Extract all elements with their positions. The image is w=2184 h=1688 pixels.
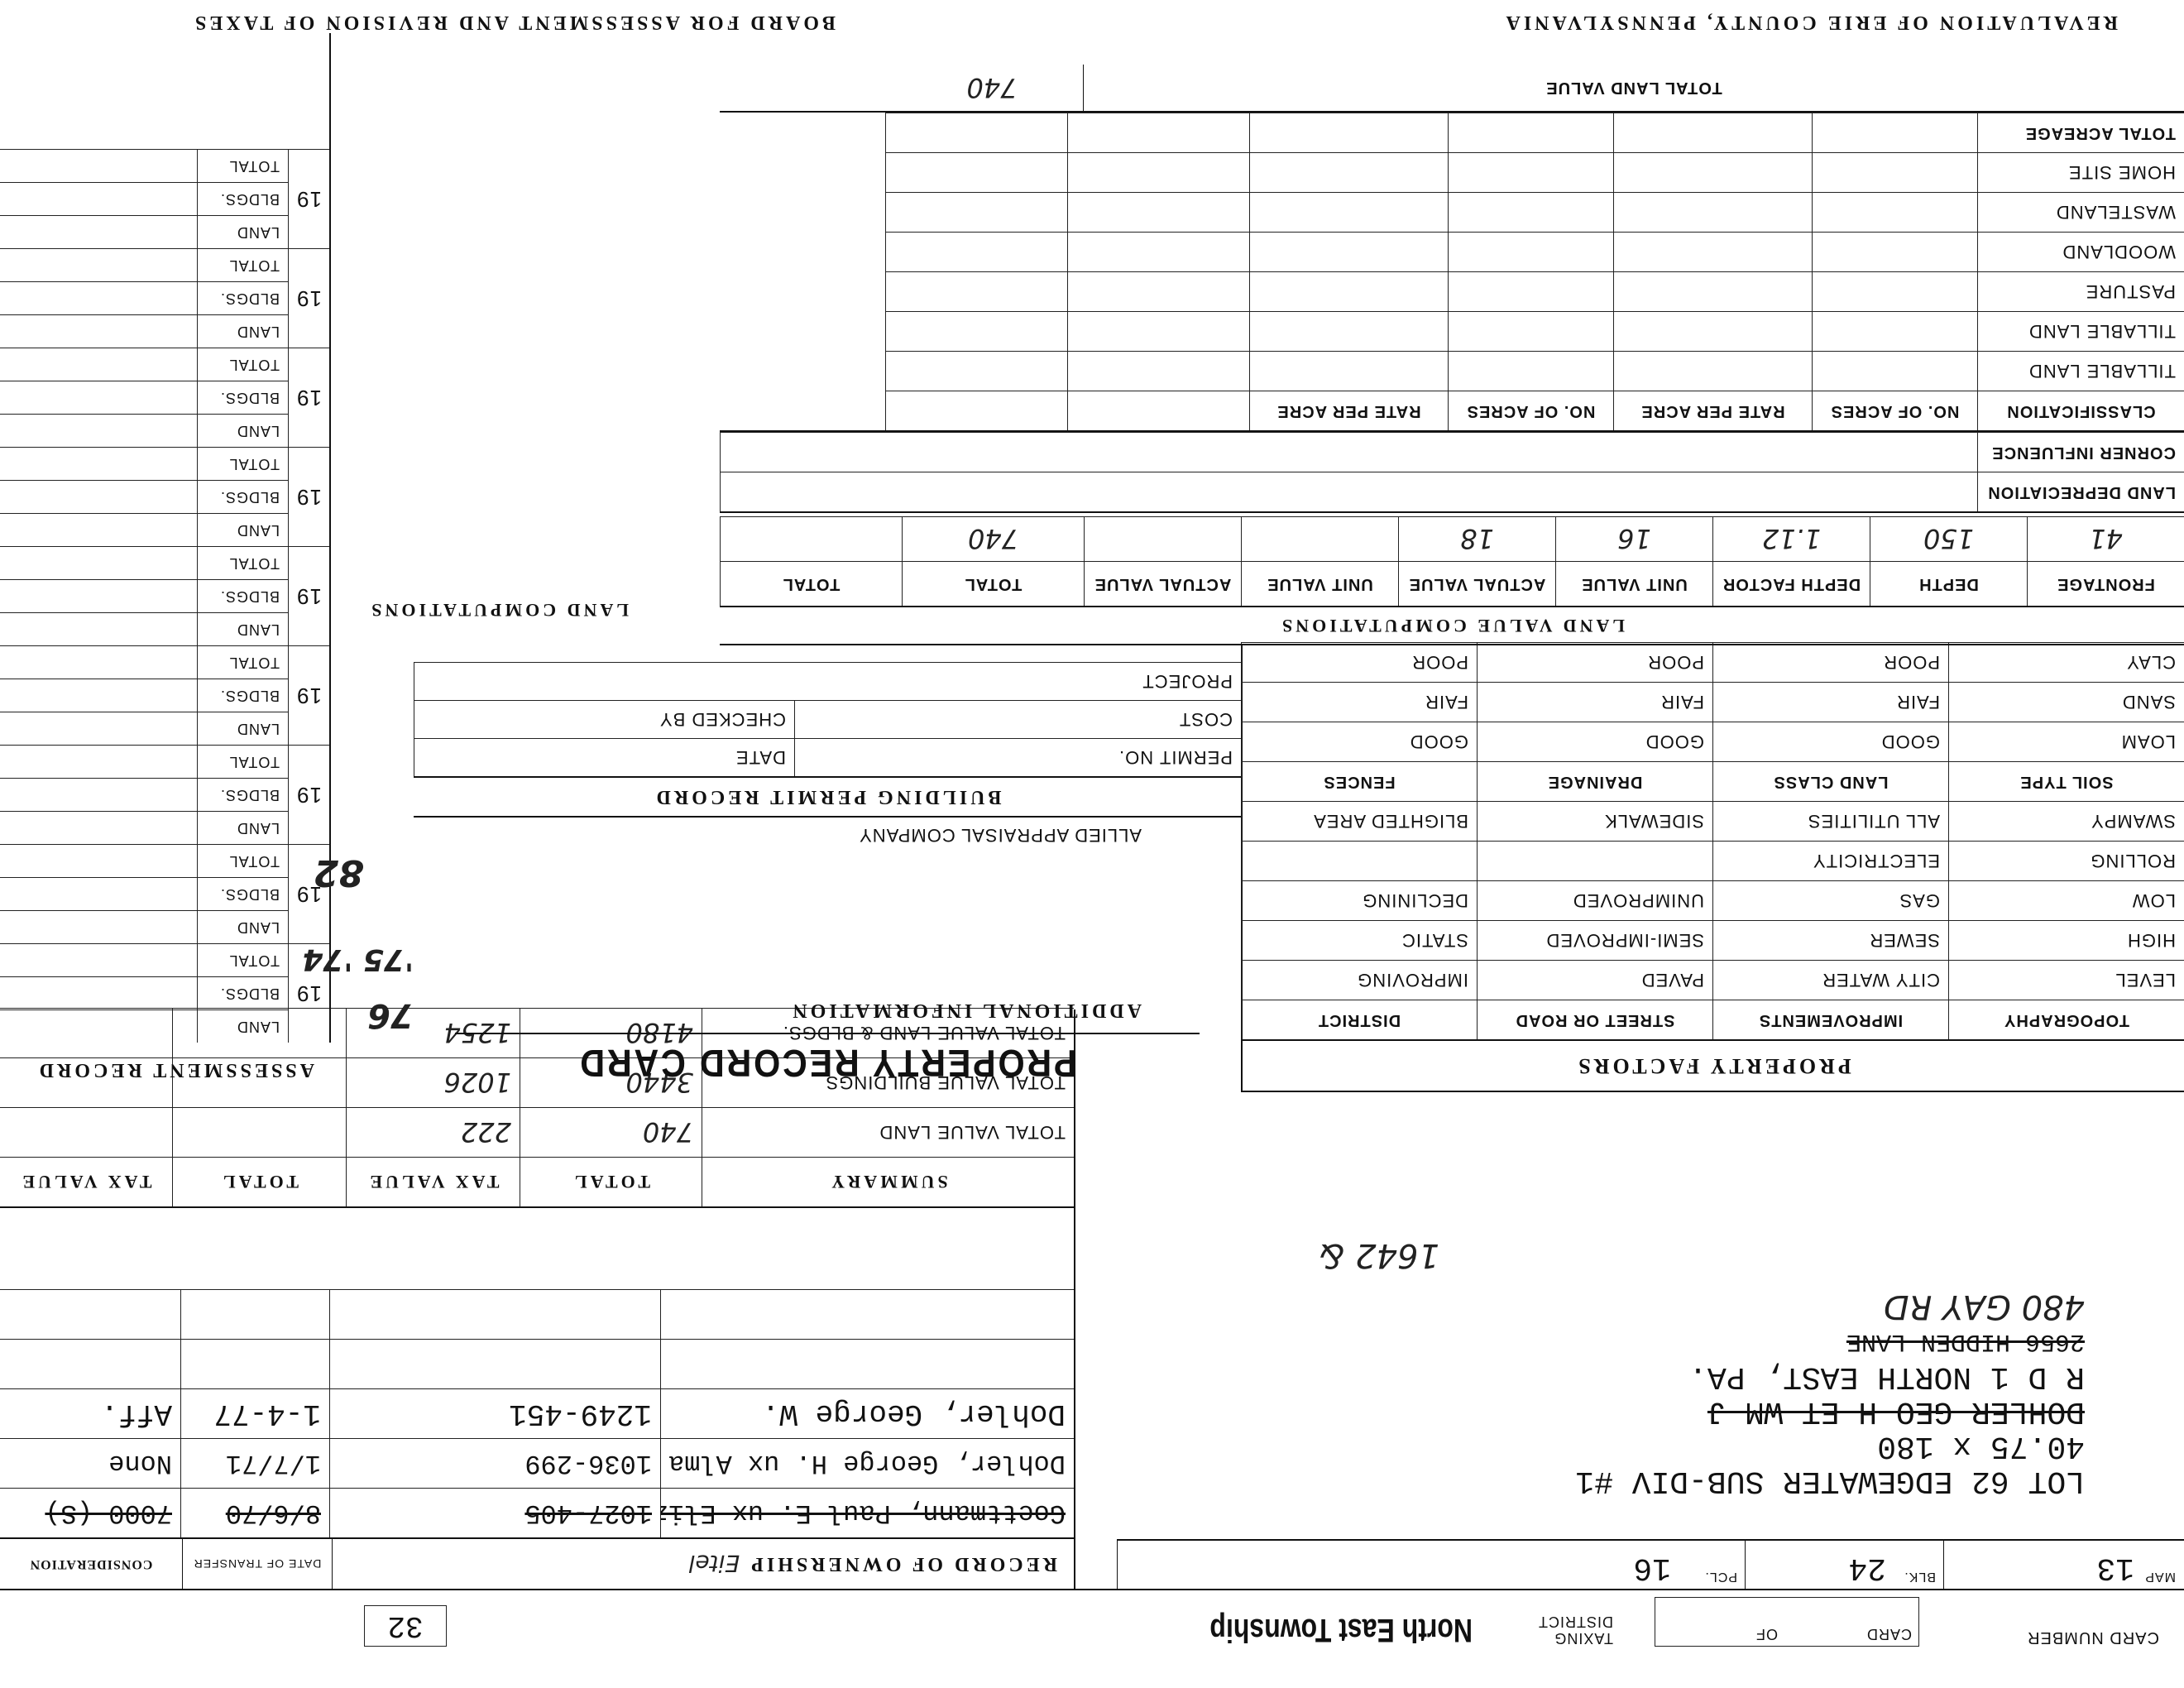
factor-option[interactable]: Unimproved: [1477, 880, 1712, 920]
owner-empty: [0, 1289, 180, 1339]
factor-option[interactable]: City Water: [1712, 960, 1948, 1000]
acre-cell[interactable]: [1613, 152, 1812, 192]
row-land: Land: [197, 811, 288, 844]
property-line-4: 2656 HIDDEN LANE: [1175, 1324, 2085, 1359]
acre-cell[interactable]: [1067, 192, 1249, 232]
factor-option[interactable]: [1477, 841, 1712, 880]
assessment-land-value[interactable]: [0, 314, 197, 348]
factor-option[interactable]: Sand: [1948, 682, 2184, 722]
acre-cell[interactable]: [885, 113, 1067, 152]
acre-cell[interactable]: [1613, 311, 1812, 351]
assessment-bldgs-value[interactable]: [0, 381, 197, 414]
consideration-header: Consideration: [0, 1539, 183, 1589]
factor-header: Topography: [1948, 1000, 2184, 1039]
factor-option[interactable]: Rolling: [1948, 841, 2184, 880]
row-land: Land: [197, 612, 288, 645]
corner-influence-label: Corner Influence: [1977, 432, 2184, 472]
land-computations-label: Land Computations: [368, 599, 629, 621]
factor-option[interactable]: Semi-Improved: [1477, 920, 1712, 960]
acre-cell[interactable]: [1448, 311, 1613, 351]
acre-row-label: Tillable Land: [1977, 351, 2184, 391]
ownership-table: Goettmann, Paul E. ux Elizabeth 1027-405…: [0, 1289, 1074, 1537]
row-bldgs: Bldgs.: [197, 182, 288, 215]
factor-option[interactable]: Clay: [1948, 642, 2184, 682]
total-land-value[interactable]: 740: [901, 65, 1084, 111]
assessment-total-value[interactable]: [0, 645, 197, 679]
property-description: LOT 62 EDGEWATER SUB-DIV #1 40.75 x 180 …: [1175, 1289, 2085, 1498]
property-line-0: LOT 62 EDGEWATER SUB-DIV #1: [1175, 1463, 2085, 1498]
acre-blank: [885, 391, 1067, 430]
acre-row-label: Wasteland: [1977, 192, 2184, 232]
owner-consideration: 7000 (S): [0, 1488, 180, 1537]
factor-header: Street or Road: [1477, 1000, 1712, 1039]
summary-tax-value2: [0, 1107, 172, 1157]
assessment-land-value[interactable]: [0, 215, 197, 248]
factor-option[interactable]: Good: [1712, 722, 1948, 761]
assessment-bldgs-value[interactable]: [0, 281, 197, 314]
factor-option[interactable]: Declining: [1241, 880, 1477, 920]
lvc-total[interactable]: 740: [902, 516, 1084, 561]
header-right-title: Board for Assessment and Revision of Tax…: [192, 11, 836, 33]
acre-cell[interactable]: [885, 192, 1067, 232]
owner-deed: 1249-451: [329, 1388, 660, 1438]
handwritten-note: 1642 &: [1319, 1236, 1439, 1274]
ownership-section: Record of Ownership Eitel Date of Transf…: [0, 1208, 1075, 1589]
summary-total2: [172, 1107, 346, 1157]
owner-empty: [660, 1339, 1074, 1388]
acre-cell[interactable]: [1448, 232, 1613, 271]
factor-option[interactable]: Good: [1241, 722, 1477, 761]
factor-option[interactable]: Fair: [1477, 682, 1712, 722]
summary-tax-value: 222: [346, 1107, 520, 1157]
assessment-total-value[interactable]: [0, 844, 197, 877]
owner-name: Goettmann, Paul E. ux Elizabeth: [660, 1488, 1074, 1537]
card-of-box[interactable]: Card of: [1655, 1597, 1919, 1647]
summary-header: Tax Value: [0, 1157, 172, 1206]
acre-cell[interactable]: [1067, 271, 1249, 311]
row-bldgs: Bldgs.: [197, 679, 288, 712]
row-bldgs: Bldgs.: [197, 579, 288, 612]
acre-cell[interactable]: [1812, 192, 1977, 232]
assessment-total-value[interactable]: [0, 745, 197, 778]
acre-cell[interactable]: [1249, 232, 1448, 271]
acre-cell[interactable]: [885, 152, 1067, 192]
row-bldgs: Bldgs.: [197, 480, 288, 513]
factor-option[interactable]: Improving: [1241, 960, 1477, 1000]
permit-no-field[interactable]: Permit No.: [794, 738, 1241, 776]
assessment-year-stamp: 76: [367, 996, 414, 1034]
map-blk-pcl: Map 13 Blk. 24 Pcl. 16: [1117, 1539, 2184, 1589]
row-land: Land: [197, 414, 288, 447]
row-bldgs: Bldgs.: [197, 281, 288, 314]
assessment-bldgs-value[interactable]: [0, 976, 197, 1009]
map-label: Map: [2144, 1569, 2176, 1584]
assessment-land-value[interactable]: [0, 414, 197, 447]
owner-name: Dohler, George H. ux Alma M.: [660, 1438, 1074, 1488]
property-factors-title: Property Factors: [1243, 1039, 2184, 1091]
acre-header: Rate per Acre: [1613, 391, 1812, 430]
card-title: Property Record Card: [455, 1033, 1200, 1092]
row-bldgs: Bldgs.: [197, 381, 288, 414]
property-record-card: Revaluation of Erie County, Pennsylvania…: [0, 0, 2184, 1688]
id-strip: Card Number Card of Taxing District Nort…: [0, 1589, 2184, 1655]
owner-empty: [329, 1339, 660, 1388]
row-total: Total: [197, 248, 288, 281]
year-prefix: 19: [288, 348, 329, 447]
lvc-header: Depth: [1870, 561, 2027, 606]
factor-header: Soil Type: [1948, 761, 2184, 801]
acre-cell[interactable]: [1812, 152, 1977, 192]
assessment-title: Assessment Record: [0, 1047, 331, 1092]
row-total: Total: [197, 943, 288, 976]
assessment-year-stamp-3: 82: [314, 851, 364, 894]
factor-option[interactable]: Poor: [1712, 642, 1948, 682]
owner-consideration: None: [0, 1438, 180, 1488]
owner-empty: [660, 1289, 1074, 1339]
assessment-bldgs-value[interactable]: [0, 679, 197, 712]
summary-label: Total Value Land: [702, 1107, 1074, 1157]
pcl-value: 16: [1633, 1550, 1671, 1585]
owner-empty: [180, 1289, 329, 1339]
assessment-land-value[interactable]: [0, 612, 197, 645]
factor-option[interactable]: Static: [1241, 920, 1477, 960]
acre-header: Classification: [1977, 391, 2184, 430]
factor-header: District: [1241, 1000, 1477, 1039]
acre-cell[interactable]: [1448, 113, 1613, 152]
land-depreciation-value[interactable]: [720, 472, 1977, 511]
year-prefix: 19: [288, 248, 329, 348]
year-prefix: 19: [288, 645, 329, 745]
land-value-title: Land Value Computations: [720, 606, 2184, 644]
acre-cell[interactable]: [1613, 192, 1812, 232]
factor-option[interactable]: Gas: [1712, 880, 1948, 920]
assessment-total-value[interactable]: [0, 447, 197, 480]
row-total: Total: [197, 149, 288, 182]
lvc-depth-factor[interactable]: 1.12: [1712, 516, 1870, 561]
factor-header: Improvements: [1712, 1000, 1948, 1039]
lvc-header: Frontage: [2027, 561, 2184, 606]
row-bldgs: Bldgs.: [197, 778, 288, 811]
assessment-bldgs-value[interactable]: [0, 579, 197, 612]
acre-cell[interactable]: [1812, 232, 1977, 271]
card-label: Card: [1866, 1625, 1912, 1642]
owner-date: 1-4-77: [180, 1388, 329, 1438]
factor-header: Drainage: [1477, 761, 1712, 801]
acre-cell[interactable]: [1613, 232, 1812, 271]
assessment-bldgs-value[interactable]: [0, 480, 197, 513]
assessment-total-value[interactable]: [0, 943, 197, 976]
assessment-bldgs-value[interactable]: [0, 778, 197, 811]
lvc-header: Actual Value: [1084, 561, 1241, 606]
acre-cell[interactable]: [1613, 351, 1812, 391]
factor-option[interactable]: Swampy: [1948, 801, 2184, 841]
acre-cell[interactable]: [1249, 311, 1448, 351]
acre-cell[interactable]: [1067, 232, 1249, 271]
acre-cell[interactable]: [1613, 113, 1812, 152]
owner-empty: [329, 1289, 660, 1339]
acre-row-label: Pasture: [1977, 271, 2184, 311]
row-total: Total: [197, 546, 288, 579]
date-transfer-header: Date of Transfer: [183, 1539, 333, 1589]
property-line-3: R D 1 NORTH EAST, PA.: [1175, 1359, 2085, 1393]
lvc-header: Depth Factor: [1712, 561, 1870, 606]
row-total: Total: [197, 447, 288, 480]
acre-cell[interactable]: [1067, 152, 1249, 192]
acre-row-label: Woodland: [1977, 232, 2184, 271]
year-prefix: 19: [288, 447, 329, 546]
owner-deed: 1027-405: [329, 1488, 660, 1537]
total-acreage-label: Total Acreage: [1977, 113, 2184, 152]
year-prefix: 19: [288, 745, 329, 844]
lvc-depth[interactable]: 150: [1870, 516, 2027, 561]
acre-header: No. of Acres: [1448, 391, 1613, 430]
lvc-header: Total: [720, 561, 902, 606]
property-line-5: 480 GAY RD: [1175, 1289, 2085, 1324]
acre-cell[interactable]: [885, 351, 1067, 391]
additional-info-label: Additional Information: [789, 999, 1142, 1021]
taxing-district-value: North East Township: [1209, 1611, 1473, 1648]
assessment-record: 19 Land Bldgs. Total 19 Land Bldgs. Tota…: [0, 33, 331, 1043]
assessment-land-value[interactable]: [0, 513, 197, 546]
lvc-total-2[interactable]: [720, 516, 902, 561]
acre-cell[interactable]: [1812, 311, 1977, 351]
factor-option[interactable]: Fair: [1241, 682, 1477, 722]
corner-influence-value[interactable]: [720, 432, 1977, 472]
acre-cell[interactable]: [1067, 351, 1249, 391]
permit-date-field[interactable]: Date: [414, 738, 794, 776]
owner-deed: 1036-299: [329, 1438, 660, 1488]
blk-label: Blk.: [1904, 1569, 1936, 1584]
permit-table: Permit No. Date Cost Checked By Project: [414, 662, 1241, 776]
row-land: Land: [197, 1009, 288, 1043]
assessment-title-box: Assessment Record: [0, 1043, 331, 1092]
factor-option[interactable]: High: [1948, 920, 2184, 960]
acre-header: No. of Acres: [1812, 391, 1977, 430]
factor-option[interactable]: Low: [1948, 880, 2184, 920]
row-land: Land: [197, 712, 288, 745]
property-line-2: DOHLER GEO H ET WM J: [1175, 1393, 2085, 1428]
land-depreciation-label: Land Depreciation: [1977, 472, 2184, 511]
summary-header: Total: [520, 1157, 702, 1206]
summary-header: Summary: [702, 1157, 1074, 1206]
acre-blank: [1067, 391, 1249, 430]
assessment-total-value[interactable]: [0, 149, 197, 182]
owner-name: Dohler, George W.: [660, 1388, 1074, 1438]
year-prefix: 19: [288, 149, 329, 248]
owner-consideration: Aff.: [0, 1388, 180, 1438]
total-land-value-label: Total Land Value: [1084, 65, 2184, 111]
row-total: Total: [197, 844, 288, 877]
row-bldgs: Bldgs.: [197, 877, 288, 910]
factor-option[interactable]: Good: [1477, 722, 1712, 761]
acre-cell[interactable]: [1448, 192, 1613, 232]
acre-cell[interactable]: [1249, 152, 1448, 192]
assessment-total-value[interactable]: [0, 248, 197, 281]
factor-option[interactable]: Poor: [1241, 642, 1477, 682]
acre-cell[interactable]: [1448, 152, 1613, 192]
lvc-header: Total: [902, 561, 1084, 606]
lvc-actual-value-2[interactable]: [1084, 516, 1241, 561]
acre-cell[interactable]: [1448, 351, 1613, 391]
permit-title: Building Permit Record: [414, 776, 1241, 816]
acre-cell[interactable]: [1812, 351, 1977, 391]
assessment-year-stamp-2: '75 '74: [302, 942, 414, 976]
row-bldgs: Bldgs.: [197, 976, 288, 1009]
property-line-1: 40.75 x 180: [1175, 1428, 2085, 1463]
factor-option[interactable]: Loam: [1948, 722, 2184, 761]
card-center: Property Record Card Additional Informat…: [414, 629, 1241, 1092]
acre-header: Rate per Acre: [1249, 391, 1448, 430]
row-land: Land: [197, 314, 288, 348]
row-land: Land: [197, 215, 288, 248]
acre-cell[interactable]: [1067, 113, 1249, 152]
lvc-unit-value-2[interactable]: [1241, 516, 1398, 561]
acre-cell[interactable]: [1249, 271, 1448, 311]
pcl-label: Pcl.: [1704, 1569, 1737, 1584]
factor-header: Fences: [1241, 761, 1477, 801]
assessment-land-value[interactable]: [0, 811, 197, 844]
assessment-bldgs-value[interactable]: [0, 182, 197, 215]
factor-option[interactable]: All Utilities: [1712, 801, 1948, 841]
acre-cell[interactable]: [885, 311, 1067, 351]
acre-cell[interactable]: [1613, 271, 1812, 311]
acre-cell[interactable]: [885, 232, 1067, 271]
assessment-land-value[interactable]: [0, 712, 197, 745]
assessment-land-value[interactable]: [0, 1009, 197, 1043]
lvc-header: Unit Value: [1555, 561, 1712, 606]
header-left-title: Revaluation of Erie County, Pennsylvania: [1503, 11, 2118, 33]
row-total: Total: [197, 645, 288, 679]
assessment-total-value[interactable]: [0, 546, 197, 579]
lvc-header: Unit Value: [1241, 561, 1398, 606]
lvc-frontage[interactable]: 41: [2027, 516, 2184, 561]
factor-option[interactable]: Sidewalk: [1477, 801, 1712, 841]
assessment-land-value[interactable]: [0, 910, 197, 943]
owner-empty: [0, 1339, 180, 1388]
acre-cell[interactable]: [1249, 192, 1448, 232]
owner-empty: [180, 1339, 329, 1388]
assessment-bldgs-value[interactable]: [0, 877, 197, 910]
factor-option[interactable]: Poor: [1477, 642, 1712, 682]
map-value: 13: [2096, 1550, 2134, 1585]
owner-date: 1/7/71: [180, 1438, 329, 1488]
row-land: Land: [197, 910, 288, 943]
blk-value: 24: [1848, 1550, 1886, 1585]
lvc-unit-value[interactable]: 16: [1555, 516, 1712, 561]
property-factors: Property Factors Topography Improvements…: [1241, 645, 2184, 1092]
acre-cell[interactable]: [1448, 271, 1613, 311]
permit-checked-by-field[interactable]: Checked By: [414, 700, 794, 738]
factor-option[interactable]: [1241, 841, 1477, 880]
factor-option[interactable]: Electricity: [1712, 841, 1948, 880]
row-total: Total: [197, 348, 288, 381]
ownership-title-note: Eitel: [689, 1551, 740, 1578]
factor-option[interactable]: Level: [1948, 960, 2184, 1000]
summary-header: Tax Value: [346, 1157, 520, 1206]
acreage-section: Land Depreciation Corner Influence Class…: [720, 33, 2184, 513]
acre-cell[interactable]: [1249, 351, 1448, 391]
card-number-label: Card Number: [2027, 1628, 2159, 1647]
summary-header: Total: [172, 1157, 346, 1206]
land-value-computations: Land Value Computations Frontage Depth D…: [720, 513, 2184, 645]
appraisal-company: Allied Appraisal Company: [859, 824, 1142, 846]
row-total: Total: [197, 745, 288, 778]
row-land: Land: [197, 513, 288, 546]
of-label: of: [1755, 1625, 1778, 1642]
factor-option[interactable]: Blighted Area: [1241, 801, 1477, 841]
acre-cell[interactable]: [1812, 113, 1977, 152]
box-number: 32: [364, 1605, 447, 1647]
acre-row-label: Home Site: [1977, 152, 2184, 192]
assessment-total-value[interactable]: [0, 348, 197, 381]
factor-option[interactable]: Paved: [1477, 960, 1712, 1000]
lvc-header: Actual Value: [1398, 561, 1555, 606]
taxing-district-label: Taxing District: [1497, 1614, 1613, 1647]
acre-row-label: Tillable Land: [1977, 311, 2184, 351]
acre-cell[interactable]: [1067, 311, 1249, 351]
factor-header: Land Class: [1712, 761, 1948, 801]
acre-cell[interactable]: [1249, 113, 1448, 152]
summary-total: 740: [520, 1107, 702, 1157]
acre-cell[interactable]: [1812, 271, 1977, 311]
permit-cost-field[interactable]: Cost: [794, 700, 1241, 738]
factor-option[interactable]: Sewer: [1712, 920, 1948, 960]
ownership-title: Record of Ownership: [748, 1553, 1057, 1575]
year-prefix: 19: [288, 546, 329, 645]
factor-option[interactable]: Fair: [1712, 682, 1948, 722]
permit-project-field[interactable]: Project: [414, 662, 1241, 700]
acre-cell[interactable]: [885, 271, 1067, 311]
lvc-actual-value[interactable]: 18: [1398, 516, 1555, 561]
owner-date: 8/6/70: [180, 1488, 329, 1537]
